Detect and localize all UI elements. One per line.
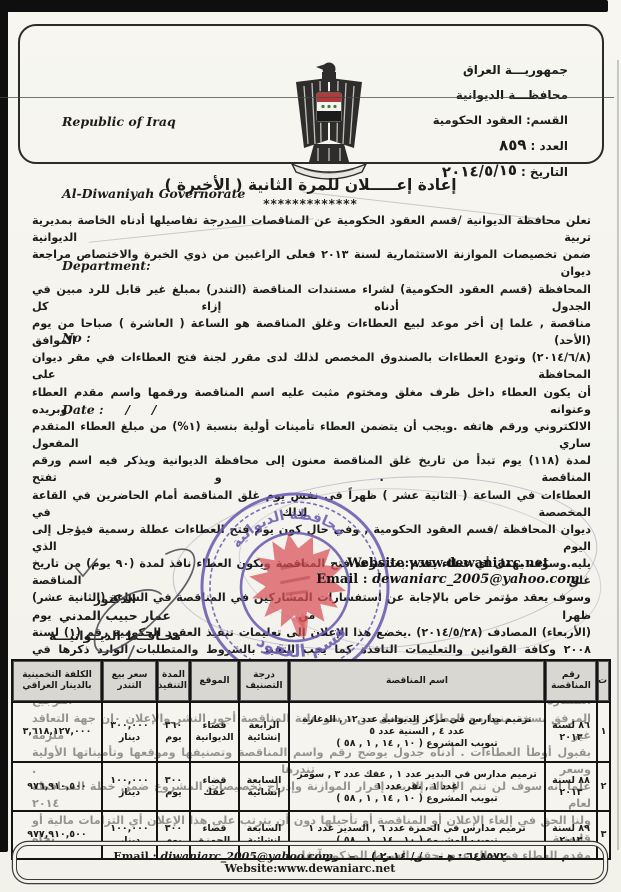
seq-cell: ٢ (597, 762, 610, 811)
number-cell: ٨٨ لسنة٢٠١٣ (545, 762, 597, 811)
title-stars: ************* (0, 197, 621, 211)
col-header-1: ت (597, 660, 610, 702)
location-cell: قضاءعفك (190, 762, 239, 811)
republic-of-iraq-en: Republic of Iraq (62, 110, 245, 134)
letterhead-arabic: جمهوريـــة العراق محافظـــة الديوانية ال… (433, 58, 568, 185)
footer-phone: -٦٤٨٥٧٢ : هـ (438, 850, 506, 863)
body-line-2: ضمن تخصيصات الموازنة الاستثمارية لسنة ٢٠… (32, 246, 591, 280)
scan-edge-bottom (0, 0, 608, 12)
name-cell: ترميم مدارس في البدير عدد ١ , عفك عدد ٣ … (289, 762, 545, 811)
scanned-document-page: Republic of Iraq Al-Diwaniyah Governorat… (0, 0, 621, 892)
footer-email-label: Email : (113, 850, 160, 863)
letterhead-box: Republic of Iraq Al-Diwaniyah Governorat… (18, 24, 604, 164)
number-label-ar: العدد : (531, 139, 568, 153)
col-header-6: المدة التنفيذية (157, 660, 190, 702)
col-header-4: درجة التصنيف (239, 660, 289, 702)
tender-row-2: ٢٨٨ لسنة٢٠١٣ترميم مدارس في البدير عدد ١ … (12, 762, 610, 811)
name-cell: ترميم مدارس في مركز الديوانية عدد ١٢ , ا… (289, 702, 545, 762)
email-line: Email : dewaniarc_2005@yahoo.com (305, 572, 591, 588)
table-header-row: ترقم المناقصةاسم المناقصةدرجة التصنيفالم… (12, 660, 610, 702)
body-line-1: تعلن محافظة الديوانية /قسم العقود الحكوم… (32, 212, 591, 246)
republic-of-iraq-ar: جمهوريـــة العراق (433, 58, 568, 83)
tenders-table: ترقم المناقصةاسم المناقصةدرجة التصنيفالم… (11, 659, 611, 860)
col-header-8: الكلفة التخمينية بالدينار العراقي (12, 660, 102, 702)
price-cell: ٣٠٠,٠٠٠دينار (102, 702, 157, 762)
col-header-5: الموقع (190, 660, 239, 702)
col-header-3: اسم المناقصة (289, 660, 545, 702)
duration-cell: ٣٠٠يوم (157, 762, 190, 811)
classification-cell: الرابعةإنشائية (239, 702, 289, 762)
body-line-4: مناقصة , علما إن أخر موعد لبيع العطاءات … (32, 315, 591, 349)
number-cell: ٨٦ لسنة٢٠١٣ (545, 702, 597, 762)
governorate-ar: محافظـــة الديوانية (433, 83, 568, 108)
location-cell: قضاءالديوانية (190, 702, 239, 762)
duration-cell: ٣٦٠يوم (157, 702, 190, 762)
table-header: ترقم المناقصةاسم المناقصةدرجة التصنيفالم… (12, 660, 610, 702)
body-line-3: المحافظة (قسم العقود الحكومية) لشراء مست… (32, 281, 591, 315)
scan-strike-line (0, 97, 614, 98)
body-line-8: لمدة (١١٨) يوم تبدأ من تاريخ غلق المناقص… (32, 452, 591, 486)
col-header-2: رقم المناقصة (545, 660, 597, 702)
contact-links: Website:www.dewaniarc.net Email : dewani… (305, 556, 591, 588)
check-mark (76, 559, 97, 576)
price-cell: ١٠٠,٠٠٠دينار (102, 762, 157, 811)
email-label: Email : (316, 572, 372, 587)
number-value-handwritten: ٨٥٩ (498, 133, 526, 159)
cost-cell: ٩٧٦,٩١٠,٥٠٠ (12, 762, 102, 811)
body-line-5: (٢٠١٤/٦/٨) وتودع العطاءات بالصندوق المخص… (32, 349, 591, 383)
cost-cell: ٣,٦١٨,١٢٧,٠٠٠ (12, 702, 102, 762)
footer-website: Website:www.dewaniarc.net (225, 863, 396, 875)
col-header-7: سعر بيع التندر (102, 660, 157, 702)
seq-cell: ١ (597, 702, 610, 762)
tender-row-1: ١٨٦ لسنة٢٠١٣ترميم مدارس في مركز الديواني… (12, 702, 610, 762)
department-ar: القسم: العقود الحكومية (433, 108, 568, 133)
iraq-coat-of-arms (274, 56, 384, 182)
website-line: Website:www.dewaniarc.net (305, 556, 591, 572)
classification-cell: السابعةإنشائية (239, 762, 289, 811)
scan-edge-left (0, 0, 8, 852)
footer-box: Email : diwaniarc_2005@yahoo.com – ( ٢٠١… (16, 845, 604, 880)
document-title: إعادة إعـــــلان للمرة الثانية ( الأخيرة… (0, 176, 621, 194)
table-body: ١٨٦ لسنة٢٠١٣ترميم مدارس في مركز الديواني… (12, 702, 610, 859)
body-line-7: الالكتروني ورقم هاتفه .ويجب أن يتضمن الع… (32, 418, 591, 452)
email-value: dewaniarc_2005@yahoo.com (372, 572, 580, 587)
body-line-6: أن يكون العطاء داخل ظرف مغلق ومختوم مثبت… (32, 384, 591, 418)
document-number: العدد : ٨٥٩ (433, 133, 568, 159)
